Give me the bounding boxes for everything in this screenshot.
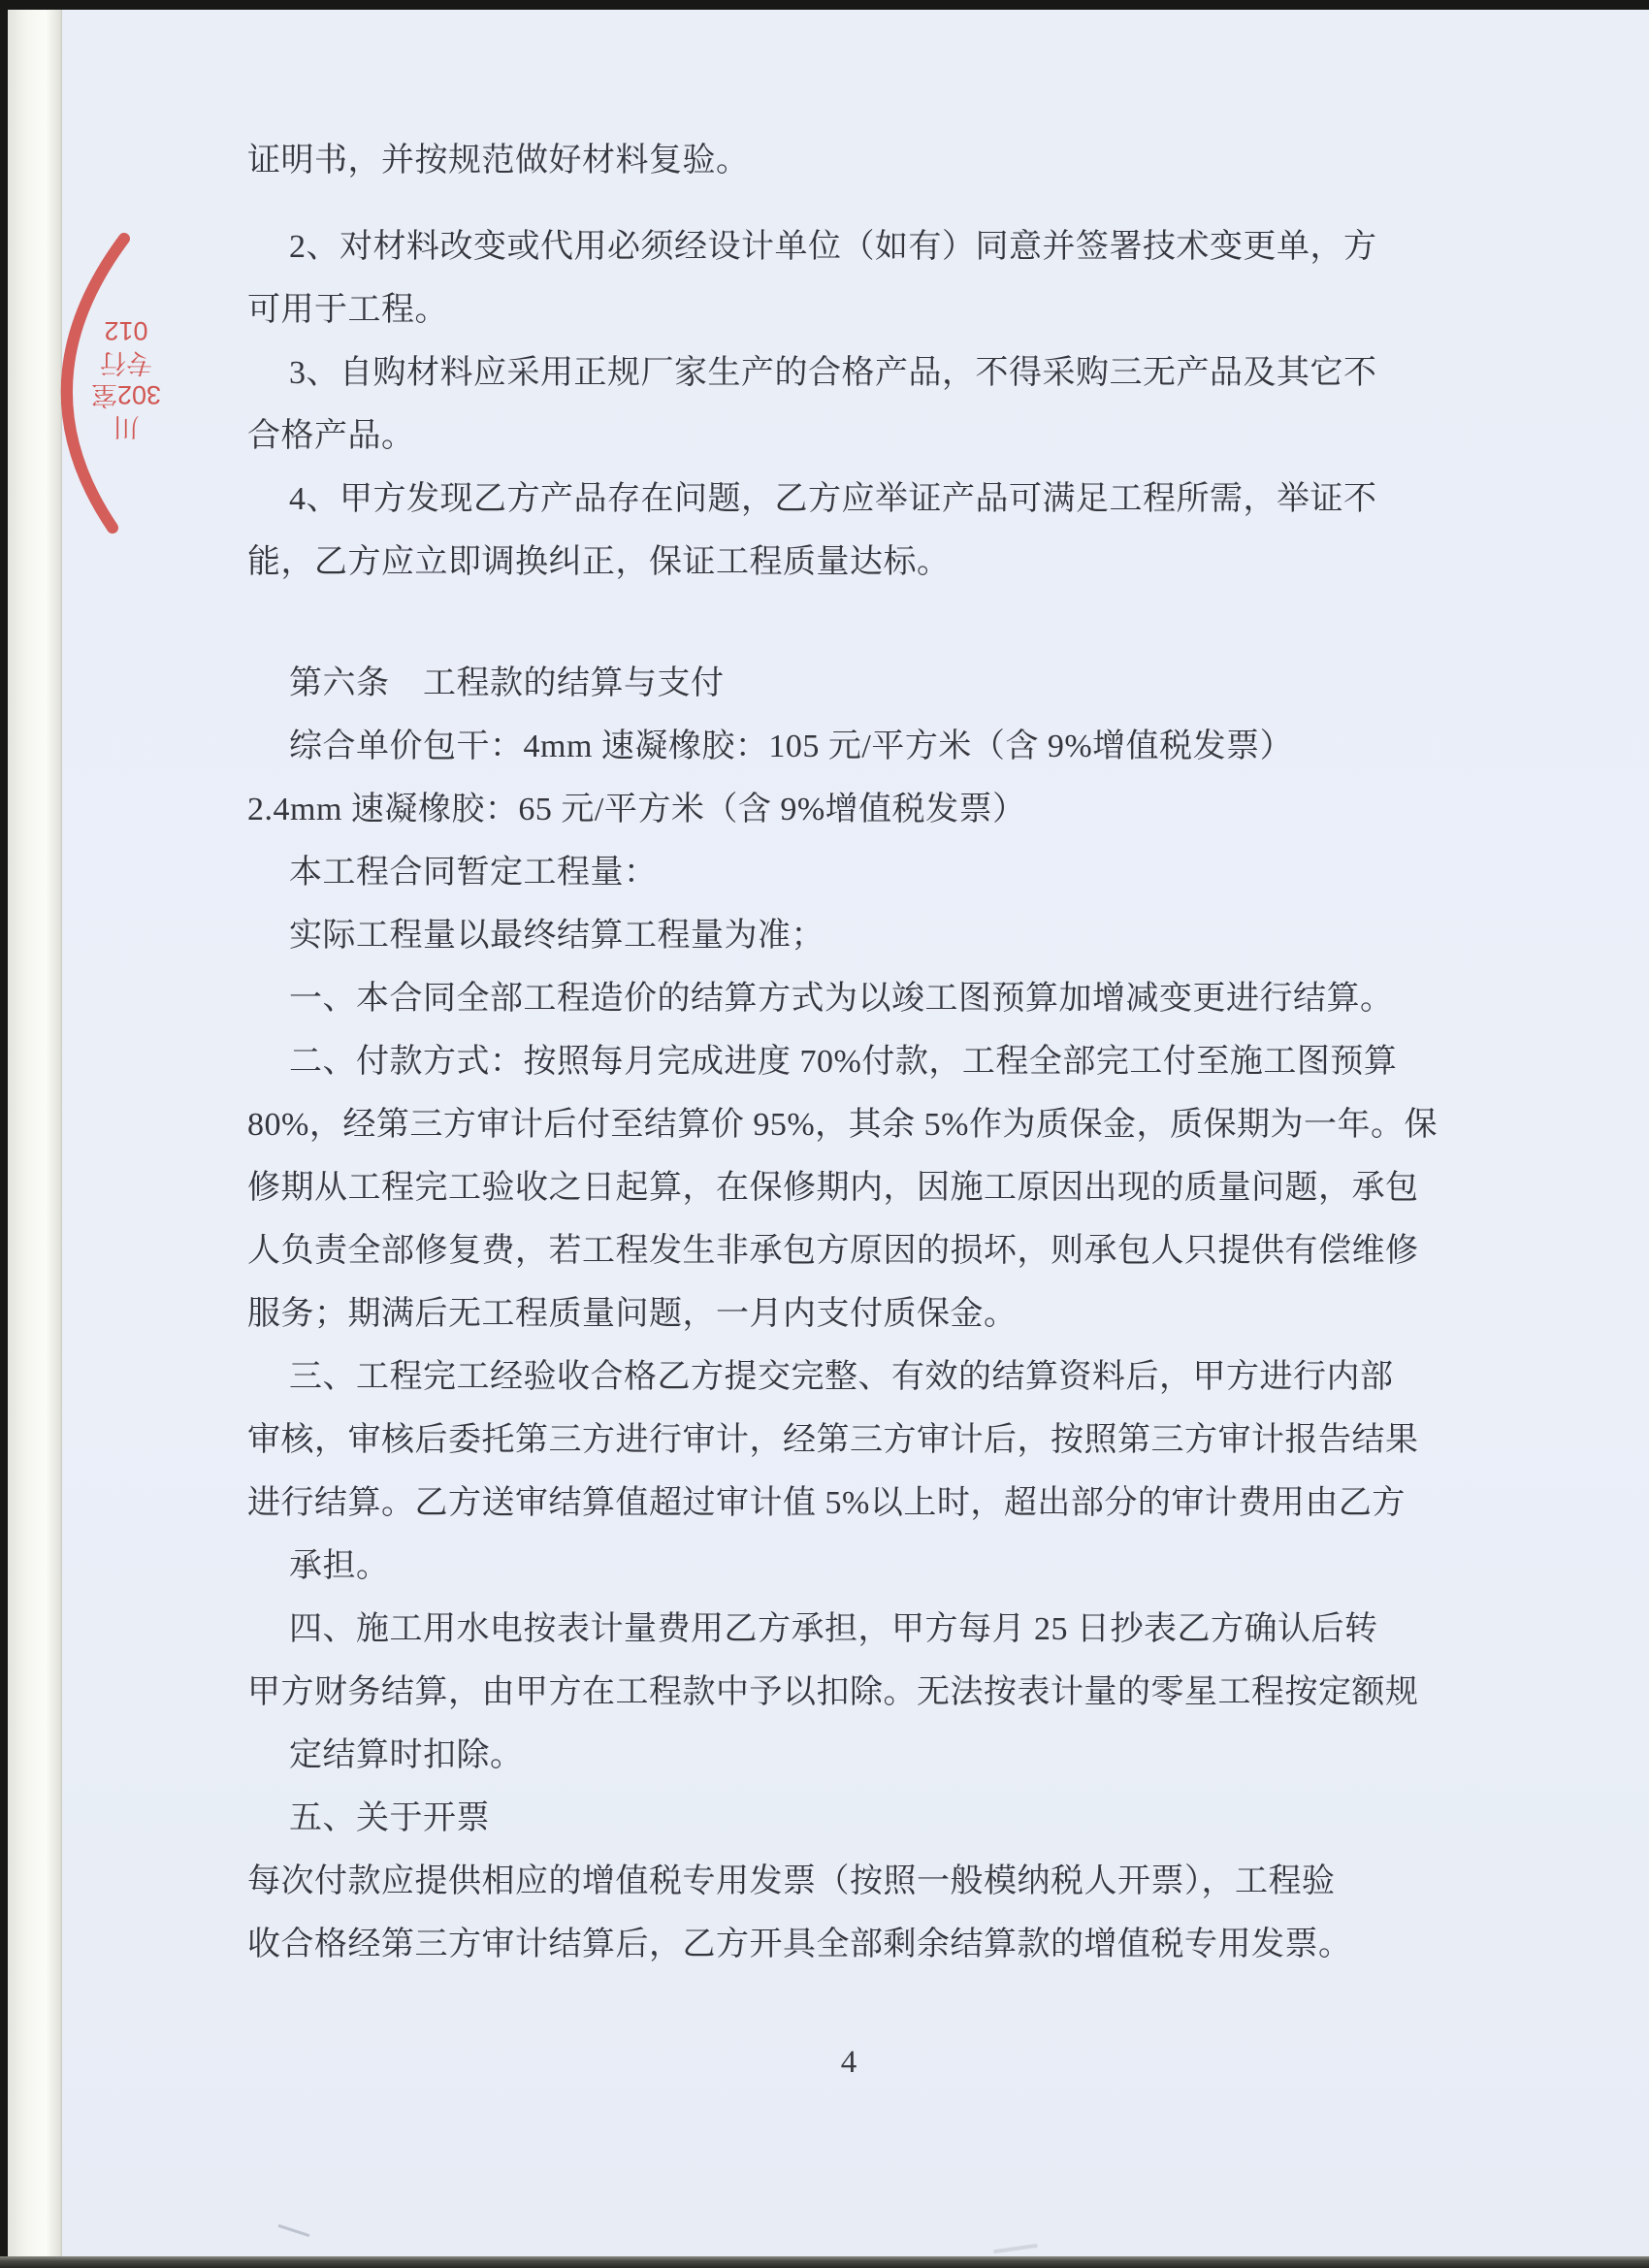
contract-line: 定结算时扣除。 bbox=[247, 1724, 1460, 1787]
scanner-left-edge bbox=[0, 0, 8, 2268]
contract-line: 服务；期满后无工程质量问题，一月内支付质保金。 bbox=[247, 1282, 1460, 1345]
contract-line: 人负责全部修复费，若工程发生非承包方原因的损坏，则承包人只提供有偿维修 bbox=[247, 1219, 1460, 1282]
contract-line: 审核，审核后委托第三方进行审计，经第三方审计后，按照第三方审计报告结果 bbox=[247, 1409, 1460, 1472]
contract-line: 进行结算。乙方送审结算值超过审计值 5%以上时，超出部分的审计费用由乙方 bbox=[247, 1472, 1460, 1535]
contract-line: 二、付款方式：按照每月完成进度 70%付款，工程全部完工付至施工图预算 bbox=[247, 1030, 1460, 1093]
contract-line: 2、对材料改变或代用必须经设计单位（如有）同意并签署技术变更单，方 bbox=[247, 215, 1460, 278]
contract-line: 综合单价包干：4mm 速凝橡胶：105 元/平方米（含 9%增值税发票） bbox=[247, 715, 1460, 778]
contract-line: 可用于工程。 bbox=[247, 278, 1460, 341]
contract-line: 五、关于开票 bbox=[247, 1787, 1460, 1850]
contract-line: 承担。 bbox=[247, 1535, 1460, 1598]
contract-line: 合格产品。 bbox=[247, 405, 1460, 468]
contract-line: 能，乙方应立即调换纠正，保证工程质量达标。 bbox=[247, 531, 1460, 594]
contract-line: 3、自购材料应采用正规厂家生产的合格产品，不得采购三无产品及其它不 bbox=[247, 341, 1460, 405]
contract-line: 本工程合同暂定工程量： bbox=[247, 841, 1460, 904]
contract-line: 三、工程完工经验收合格乙方提交完整、有效的结算资料后，甲方进行内部 bbox=[247, 1345, 1460, 1409]
contract-line: 一、本合同全部工程造价的结算方式为以竣工图预算加增减变更进行结算。 bbox=[247, 967, 1460, 1030]
scanner-top-edge bbox=[0, 0, 1649, 10]
contract-line: 2.4mm 速凝橡胶：65 元/平方米（含 9%增值税发票） bbox=[247, 778, 1460, 841]
contract-text-block: 证明书，并按规范做好材料复验。 2、对材料改变或代用必须经设计单位（如有）同意并… bbox=[247, 129, 1460, 1976]
page-number: 4 bbox=[815, 2045, 883, 2081]
contract-line: 收合格经第三方审计结算后，乙方开具全部剩余结算款的增值税专用发票。 bbox=[247, 1913, 1460, 1976]
section-6-heading: 第六条 工程款的结算与支付 bbox=[247, 652, 1460, 715]
contract-line: 每次付款应提供相应的增值税专用发票（按照一般模纳税人开票），工程验 bbox=[247, 1850, 1460, 1913]
contract-line: 实际工程量以最终结算工程量为准； bbox=[247, 904, 1460, 967]
scanned-contract-page: 012 专行 302室 川 证明书，并按规范做好材料复验。 2、对材料改变或代用… bbox=[0, 0, 1649, 2268]
scanner-bottom-edge bbox=[0, 2256, 1649, 2268]
contract-line: 4、甲方发现乙方产品存在问题，乙方应举证产品可满足工程所需，举证不 bbox=[247, 468, 1460, 531]
page-stack-edge bbox=[8, 10, 62, 2256]
contract-line: 甲方财务结算，由甲方在工程款中予以扣除。无法按表计量的零星工程按定额规 bbox=[247, 1661, 1460, 1724]
contract-line: 修期从工程完工验收之日起算，在保修期内，因施工原因出现的质量问题，承包 bbox=[247, 1156, 1460, 1219]
contract-line: 四、施工用水电按表计量费用乙方承担，甲方每月 25 日抄表乙方确认后转 bbox=[247, 1598, 1460, 1661]
contract-line: 80%，经第三方审计后付至结算价 95%，其余 5%作为质保金，质保期为一年。保 bbox=[247, 1093, 1460, 1156]
contract-line: 证明书，并按规范做好材料复验。 bbox=[247, 129, 1460, 192]
